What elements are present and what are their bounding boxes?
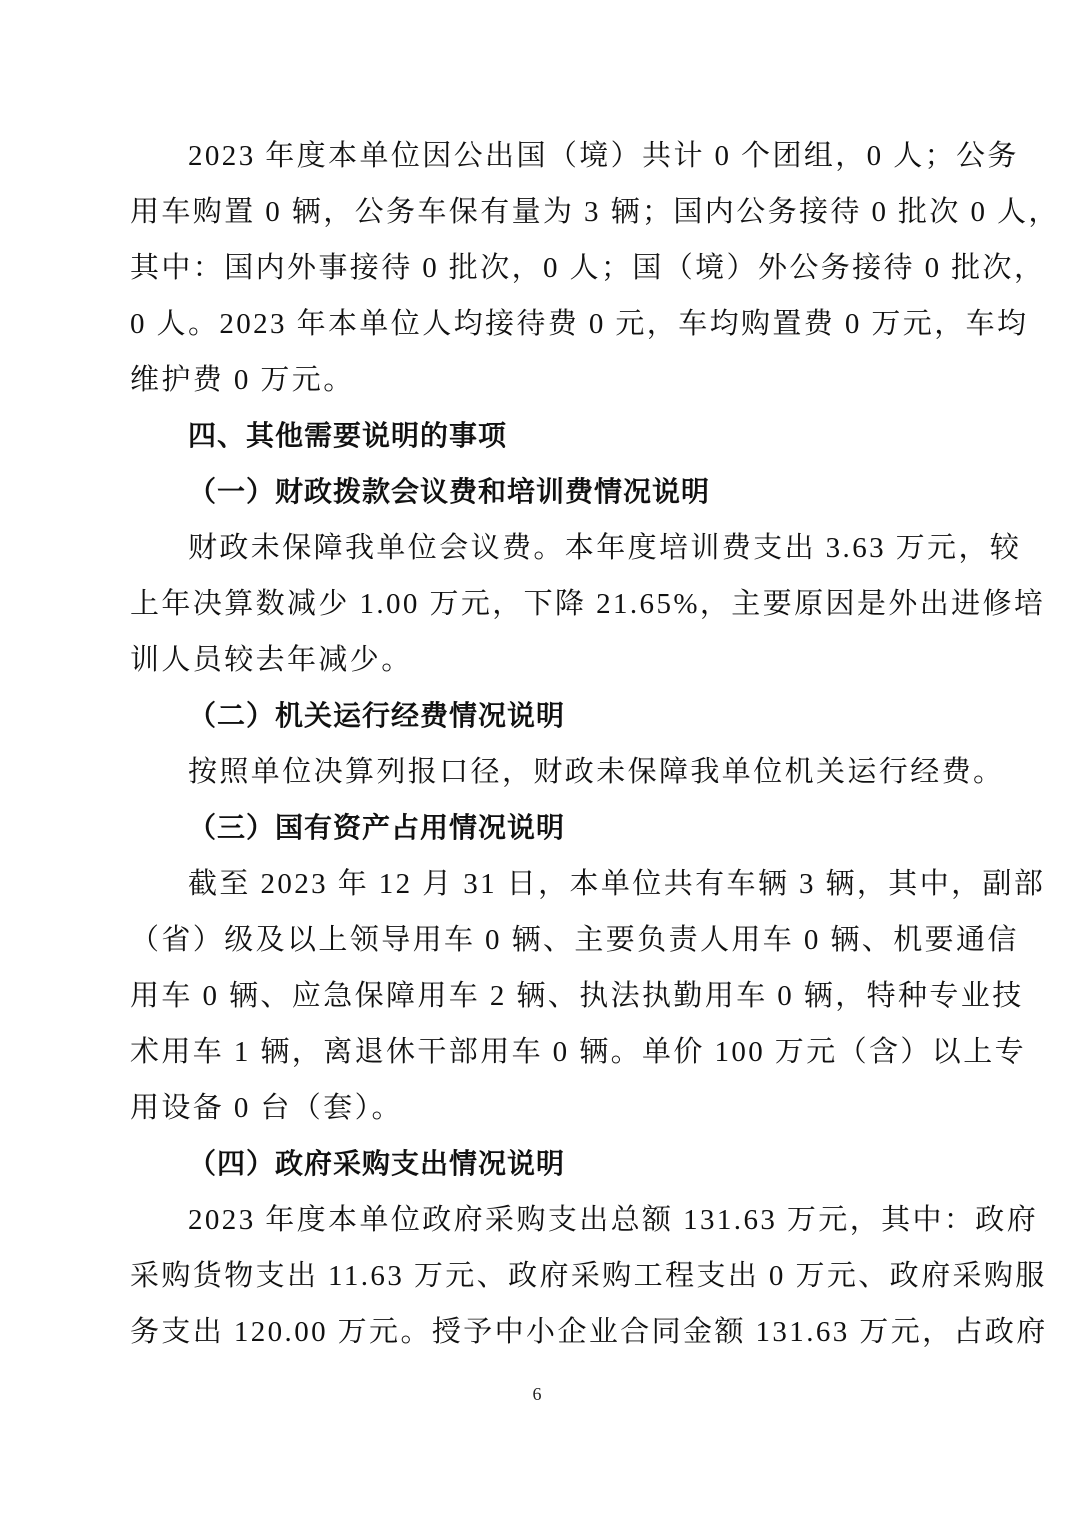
text-line: （省）级及以上领导用车 0 辆、主要负责人用车 0 辆、机要通信 — [130, 912, 946, 968]
paragraph-government-procurement: 2023 年度本单位政府采购支出总额 131.63 万元，其中：政府 采购货物支… — [130, 1192, 946, 1360]
text-line: 2023 年度本单位政府采购支出总额 131.63 万元，其中：政府 — [130, 1192, 946, 1248]
subsection-heading-meeting-training: （一）财政拨款会议费和培训费情况说明 — [130, 464, 946, 520]
paragraph-state-assets: 截至 2023 年 12 月 31 日，本单位共有车辆 3 辆，其中，副部 （省… — [130, 856, 946, 1136]
text-line: 采购货物支出 11.63 万元、政府采购工程支出 0 万元、政府采购服 — [130, 1248, 946, 1304]
text-line: 用设备 0 台（套）。 — [130, 1080, 946, 1136]
text-line: 财政未保障我单位会议费。本年度培训费支出 3.63 万元，较 — [130, 520, 946, 576]
page-number: 6 — [0, 1384, 1074, 1405]
text-line: 截至 2023 年 12 月 31 日，本单位共有车辆 3 辆，其中，副部 — [130, 856, 946, 912]
text-line: 维护费 0 万元。 — [130, 352, 946, 408]
text-line: 上年决算数减少 1.00 万元，下降 21.65%，主要原因是外出进修培 — [130, 576, 946, 632]
text-line: 用车 0 辆、应急保障用车 2 辆、执法执勤用车 0 辆，特种专业技 — [130, 968, 946, 1024]
subsection-heading-operating-funds: （二）机关运行经费情况说明 — [130, 688, 946, 744]
subsection-heading-government-procurement: （四）政府采购支出情况说明 — [130, 1136, 946, 1192]
subsection-heading-state-assets: （三）国有资产占用情况说明 — [130, 800, 946, 856]
section-heading-other-matters: 四、其他需要说明的事项 — [130, 408, 946, 464]
text-line: 按照单位决算列报口径，财政未保障我单位机关运行经费。 — [130, 744, 946, 800]
paragraph-operating-funds: 按照单位决算列报口径，财政未保障我单位机关运行经费。 — [130, 744, 946, 800]
text-line: 0 人。2023 年本单位人均接待费 0 元，车均购置费 0 万元，车均 — [130, 296, 946, 352]
text-line: 训人员较去年减少。 — [130, 632, 946, 688]
paragraph-meeting-training: 财政未保障我单位会议费。本年度培训费支出 3.63 万元，较 上年决算数减少 1… — [130, 520, 946, 688]
text-line: 用车购置 0 辆，公务车保有量为 3 辆；国内公务接待 0 批次 0 人， — [130, 184, 946, 240]
text-line: 2023 年度本单位因公出国（境）共计 0 个团组，0 人；公务 — [130, 128, 946, 184]
paragraph-official-expenses: 2023 年度本单位因公出国（境）共计 0 个团组，0 人；公务 用车购置 0 … — [130, 128, 946, 408]
text-line: 术用车 1 辆，离退休干部用车 0 辆。单价 100 万元（含）以上专 — [130, 1024, 946, 1080]
text-line: 其中：国内外事接待 0 批次，0 人；国（境）外公务接待 0 批次， — [130, 240, 946, 296]
document-page: 2023 年度本单位因公出国（境）共计 0 个团组，0 人；公务 用车购置 0 … — [130, 128, 946, 1360]
text-line: 务支出 120.00 万元。授予中小企业合同金额 131.63 万元，占政府 — [130, 1304, 946, 1360]
